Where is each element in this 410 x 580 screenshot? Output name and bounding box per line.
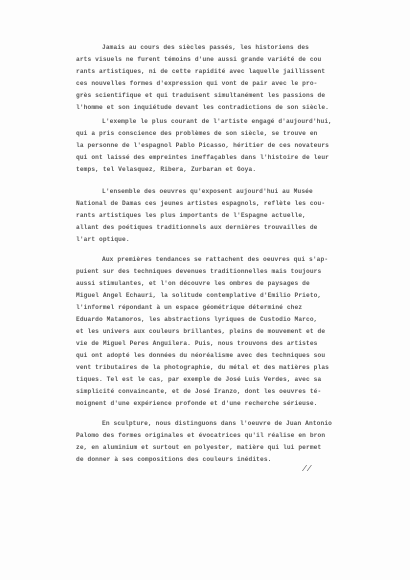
text-line: vent tributaires de la photographie, du …: [76, 364, 329, 372]
text-line: ces nouvelles formes d'expression qui vo…: [76, 80, 318, 88]
text-line: l'informel répondant à un espace géométr…: [76, 304, 302, 312]
text-line: Palomo des formes originales et évocatri…: [76, 432, 325, 440]
text-line: Miguel Angel Echauri, la solitude contem…: [76, 292, 321, 300]
text-line: simplicité convaincante, et de José Iran…: [76, 388, 321, 396]
text-line: L'exemple le plus courant de l'artiste e…: [102, 118, 332, 126]
text-line: moignent d'une expérience profonde et d'…: [76, 400, 318, 408]
text-line: et les univers aux couleurs brillantes, …: [76, 328, 325, 336]
continuation-mark: //: [302, 465, 312, 474]
text-line: National de Damas ces jeunes artistes es…: [76, 200, 325, 208]
text-line: qui ont adopté les données du néoréalism…: [76, 352, 325, 360]
text-line: allant des poétiques traditionnels aux d…: [76, 224, 318, 232]
text-line: rants artistiques, ni de cette rapidité …: [76, 68, 325, 76]
text-line: grès scientifique et qui traduisent simu…: [76, 92, 325, 100]
text-line: l'homme et son inquiétude devant les con…: [76, 104, 329, 112]
text-line: arts visuels ne furent témoins d'une aus…: [76, 56, 321, 64]
text-line: En sculpture, nous distinguons dans l'oe…: [102, 420, 332, 428]
text-line: Aux premières tendances se rattachent de…: [102, 256, 328, 264]
document-page: Jamais au cours des siècles passés, les …: [0, 0, 410, 580]
text-line: la personne de l'espagnol Pablo Picasso,…: [76, 142, 329, 150]
text-line: ze, en aluminium et surtout en polyester…: [76, 444, 321, 452]
text-line: l'art optique.: [76, 236, 130, 244]
text-line: qui a pris conscience des problèmes de s…: [76, 130, 318, 138]
text-line: qui ont laissé des empreintes ineffaçabl…: [76, 154, 329, 162]
text-line: tiques. Tel est le cas, par exemple de J…: [76, 376, 321, 384]
text-line: L'ensemble des oeuvres qu'exposent aujou…: [102, 188, 313, 196]
text-line: puient sur des techniques devenues tradi…: [76, 268, 321, 276]
text-line: de donner à ses compositions des couleur…: [76, 456, 272, 464]
text-line: rants artistiques les plus importants de…: [76, 212, 306, 220]
text-line: vie de Miguel Peres Anguilera. Puis, nou…: [76, 340, 318, 348]
text-line: temps, tel Velasquez, Ribera, Zurbaran e…: [76, 166, 256, 174]
text-line: Jamais au cours des siècles passés, les …: [102, 44, 309, 52]
text-line: aussi stimulantes, et l'on découvre les …: [76, 280, 310, 288]
text-line: Eduardo Matamoros, les abstractions lyri…: [76, 316, 318, 324]
